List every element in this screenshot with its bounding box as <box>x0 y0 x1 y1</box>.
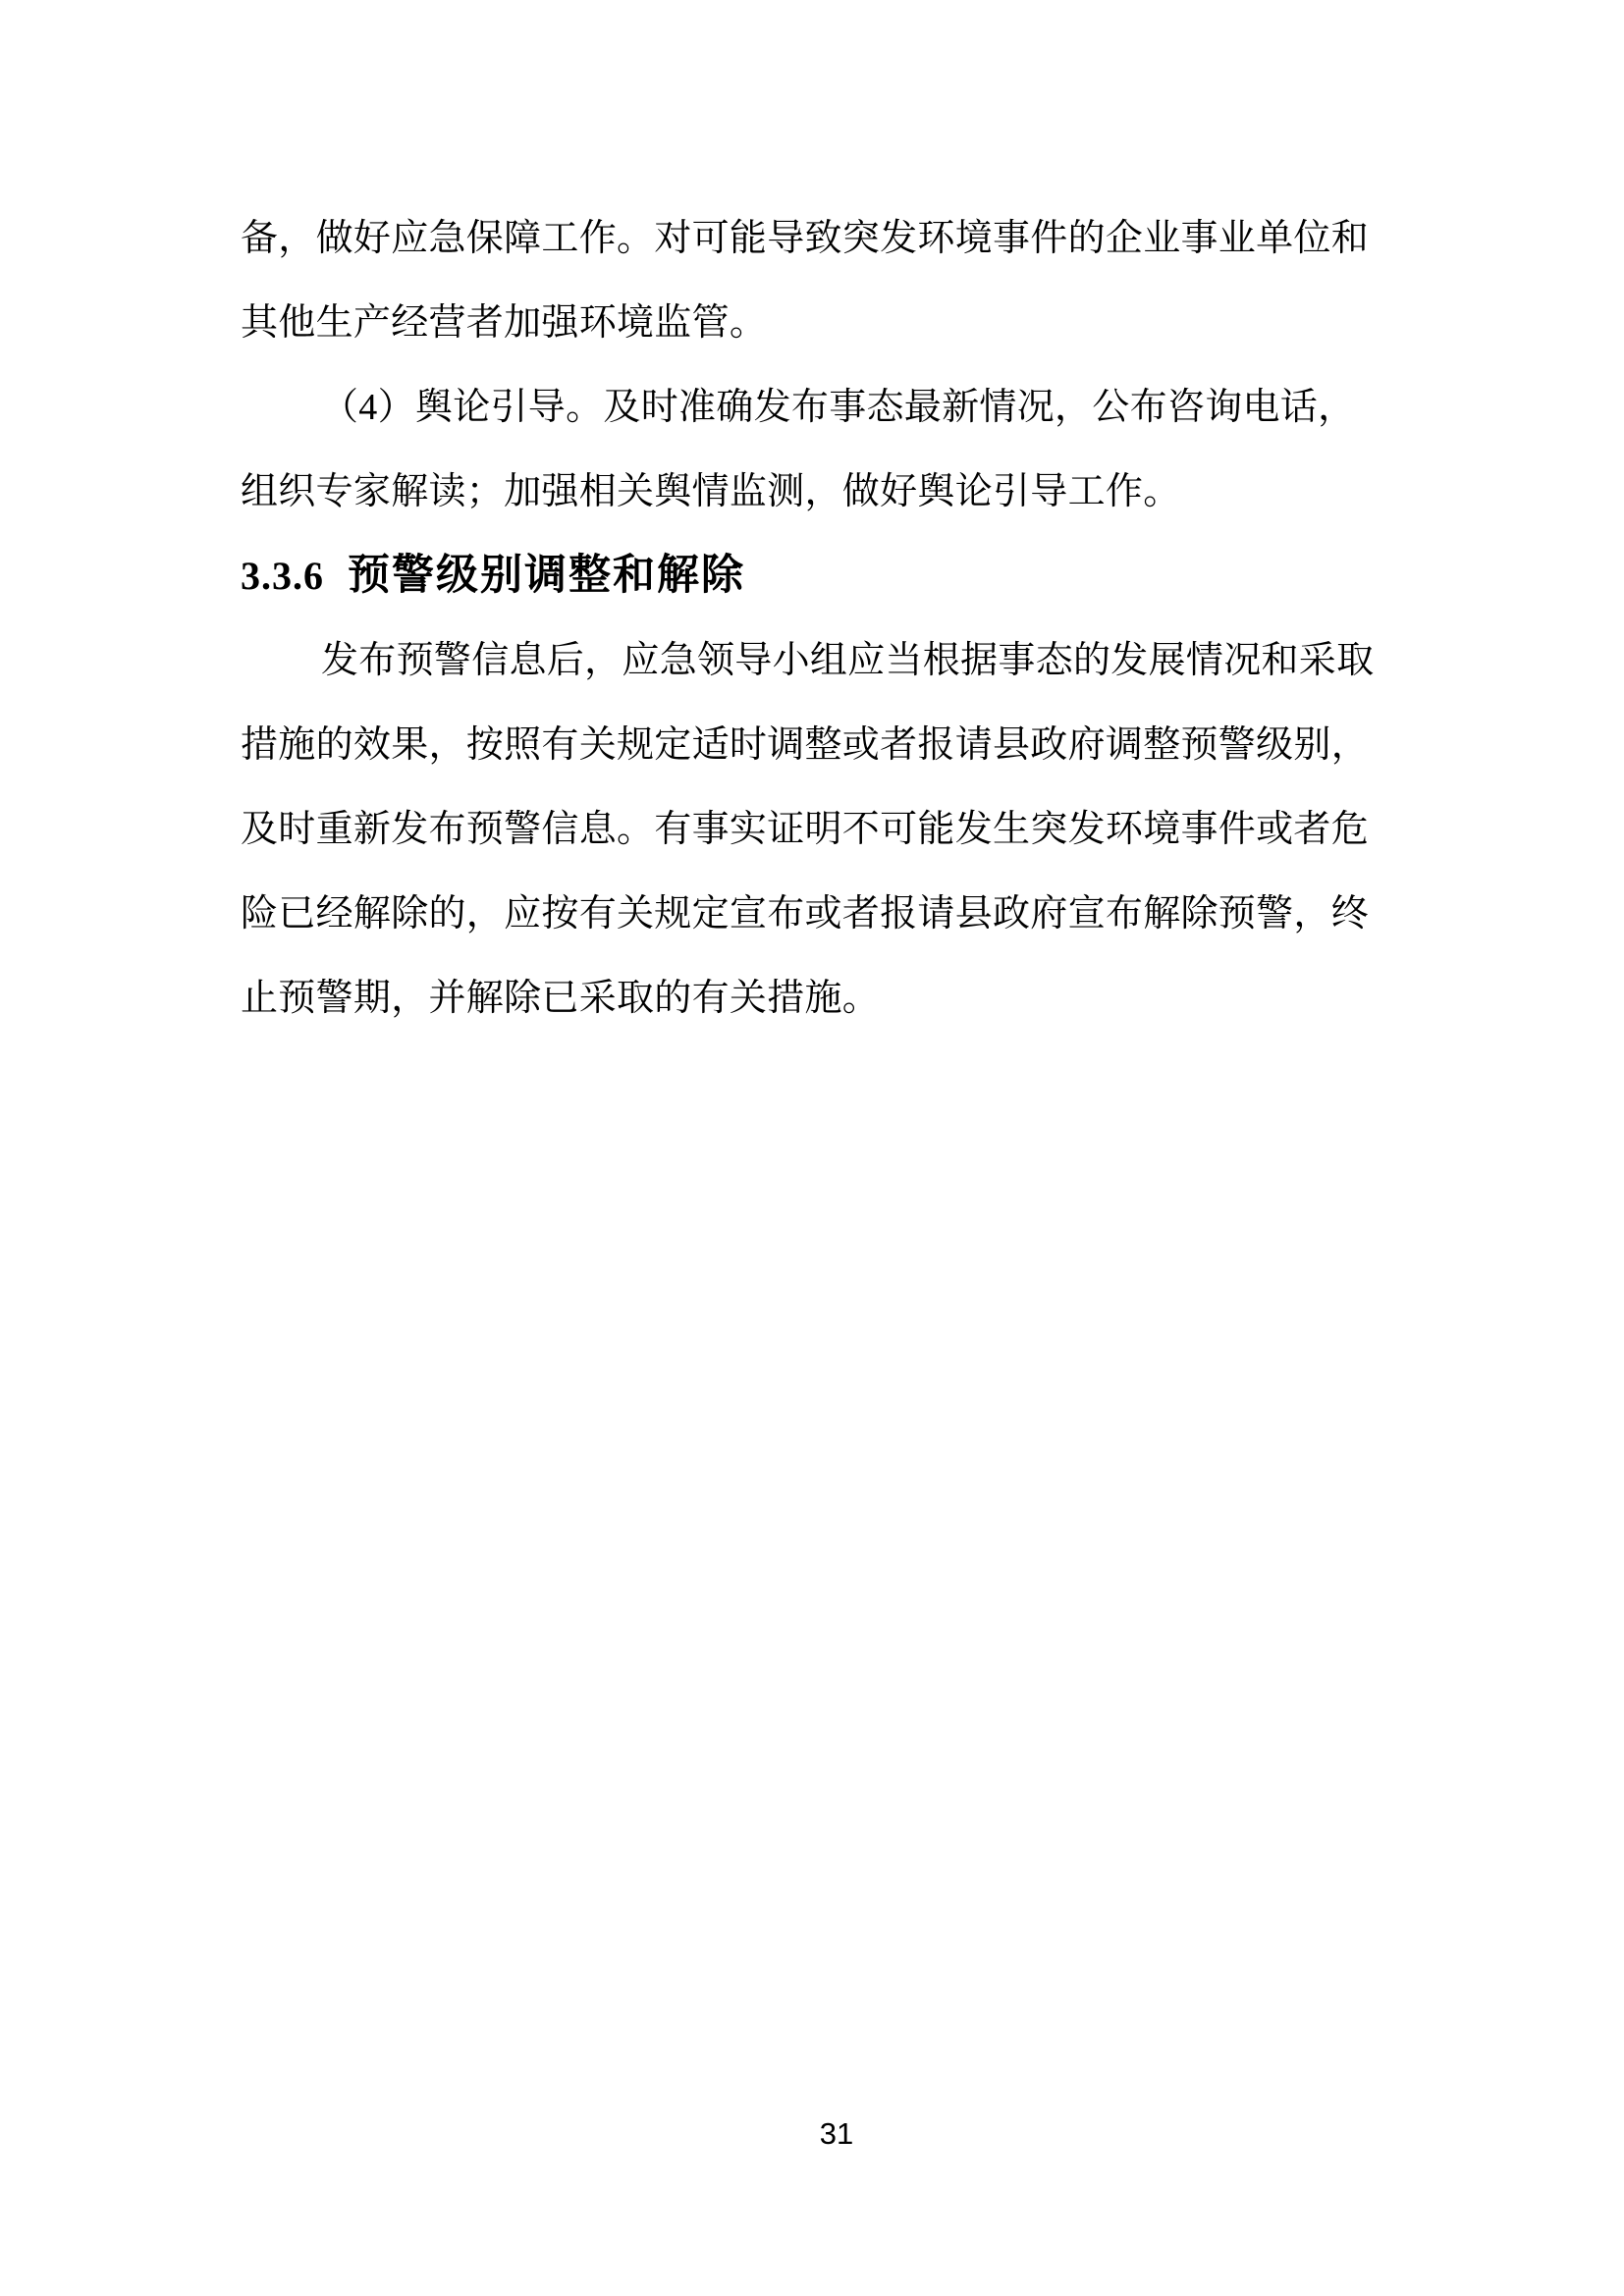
section-heading-3-3-6: 3.3.6预警级别调整和解除 <box>241 534 1374 618</box>
body-line: 止预警期，并解除已采取的有关措施。 <box>241 956 1374 1041</box>
body-line: 其他生产经营者加强环境监管。 <box>241 281 1374 365</box>
document-page: 备，做好应急保障工作。对可能导致突发环境事件的企业事业单位和 其他生产经营者加强… <box>0 0 1624 2296</box>
body-line: 险已经解除的，应按有关规定宣布或者报请县政府宣布解除预警，终 <box>241 872 1374 956</box>
section-heading-title: 预警级别调整和解除 <box>348 553 745 599</box>
body-line: 及时重新发布预警信息。有事实证明不可能发生突发环境事件或者危 <box>241 787 1374 872</box>
page-number: 31 <box>49 2116 1624 2152</box>
body-line: 备，做好应急保障工作。对可能导致突发环境事件的企业事业单位和 <box>241 196 1374 281</box>
section-heading-number: 3.3.6 <box>241 554 324 598</box>
body-line: 措施的效果，按照有关规定适时调整或者报请县政府调整预警级别， <box>241 703 1374 787</box>
body-line-item-4: （4）舆论引导。及时准确发布事态最新情况，公布咨询电话， <box>241 365 1374 450</box>
body-line: 发布预警信息后，应急领导小组应当根据事态的发展情况和采取 <box>241 618 1374 703</box>
body-line: 组织专家解读；加强相关舆情监测，做好舆论引导工作。 <box>241 450 1374 534</box>
document-body: 备，做好应急保障工作。对可能导致突发环境事件的企业事业单位和 其他生产经营者加强… <box>241 196 1374 1041</box>
